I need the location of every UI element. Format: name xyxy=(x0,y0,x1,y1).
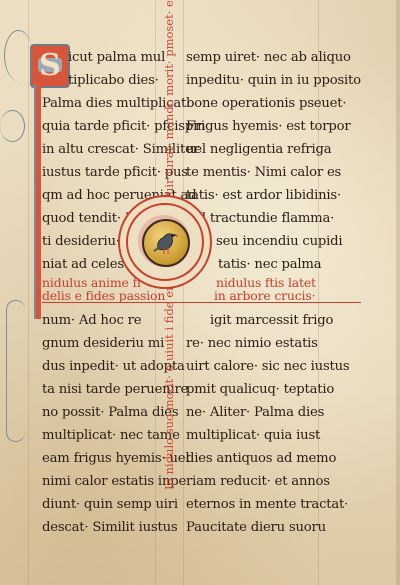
text-line: uirt calore· sic nec iustus xyxy=(186,355,361,378)
text-line: dies antiquos ad memo xyxy=(186,447,361,470)
ruling-line-left xyxy=(28,0,29,585)
text-line: uel negligentia refriga xyxy=(186,138,361,161)
text-line: te mentis· Nimi calor es xyxy=(186,161,361,184)
vertical-rubric-top: uir iurat· mundo morit· pmoset· eam i si… xyxy=(162,0,176,195)
text-line: tiplicabo dies· xyxy=(68,69,165,92)
text-line: inpeditu· quin in iu pposito xyxy=(186,69,361,92)
text-line: tatis· nec palma xyxy=(186,253,361,276)
text-line: Paucitate dieru suoru xyxy=(186,516,361,539)
text-line: eam frigus hyemis· uel xyxy=(42,447,205,470)
text-line: quia tarde pficit· pfcispin xyxy=(42,115,205,138)
text-line: diunt· quin semp uiri xyxy=(42,493,205,516)
text-line: multiplicat· nec tame xyxy=(42,424,205,447)
text-line: re· nec nimio estatis xyxy=(186,332,361,355)
flourish-tendril-icon xyxy=(6,300,25,442)
rubric-line: in arbore crucis· xyxy=(186,289,361,303)
text-line: gnum desideriu mi xyxy=(42,332,205,355)
text-line: Frigus hyemis· est torpor xyxy=(186,115,361,138)
text-line: riam reducit· et annos xyxy=(186,470,361,493)
text-line: eternos in mente tractat· xyxy=(186,493,361,516)
text-line: igit marcessit frigo xyxy=(186,309,361,332)
text-line: icut palma mul xyxy=(68,46,165,69)
decorated-initial: S xyxy=(30,44,70,88)
text-line: no possit· Palma dies xyxy=(42,401,205,424)
text-line: semp uiret· nec ab aliquo xyxy=(186,46,361,69)
initial-border-stem xyxy=(34,84,41,319)
text-line: in altu crescat· Similiter xyxy=(42,138,205,161)
bird-medallion xyxy=(118,195,212,289)
page-edge-right xyxy=(396,0,400,585)
text-line: iustus tarde pficit· pus xyxy=(42,161,205,184)
text-line: bone operationis pseuet· xyxy=(186,92,361,115)
text-line: dus inpedit· ut adopta xyxy=(42,355,205,378)
rubric-line: delis e fides passion xyxy=(42,289,205,303)
text-line: multiplicat· quia iust xyxy=(186,424,361,447)
flourish-scroll-icon xyxy=(4,30,33,81)
text-line: ta nisi tarde peruenire xyxy=(42,378,205,401)
manuscript-page: S icut palma mul tiplicabo dies· Palma d… xyxy=(0,0,400,585)
text-line: pmit qualicuq· teptatio xyxy=(186,378,361,401)
text-line: uel tractundie flamma· xyxy=(186,207,361,230)
right-text-column: semp uiret· nec ab aliquo inpeditu· quin… xyxy=(186,46,361,539)
text-line: descat· Similit iustus xyxy=(42,516,205,539)
text-line: nimi calor estatis inpe xyxy=(42,470,205,493)
left-text-column: icut palma mul tiplicabo dies· xyxy=(68,46,165,92)
text-line: ne· Aliter· Palma dies xyxy=(186,401,361,424)
text-line: Palma dies multiplicat· xyxy=(42,92,205,115)
text-line: num· Ad hoc re xyxy=(42,309,205,332)
text-line: seu incendiu cupidi xyxy=(186,230,361,253)
initial-letter: S xyxy=(32,46,68,86)
medallion-gold-ground xyxy=(142,219,190,267)
flourish-tendril-icon xyxy=(0,110,25,142)
text-line: tatis· est ardor libidinis· xyxy=(186,184,361,207)
left-text-column-main: Palma dies multiplicat· quia tarde pfici… xyxy=(42,92,205,539)
bird-icon xyxy=(152,227,182,257)
